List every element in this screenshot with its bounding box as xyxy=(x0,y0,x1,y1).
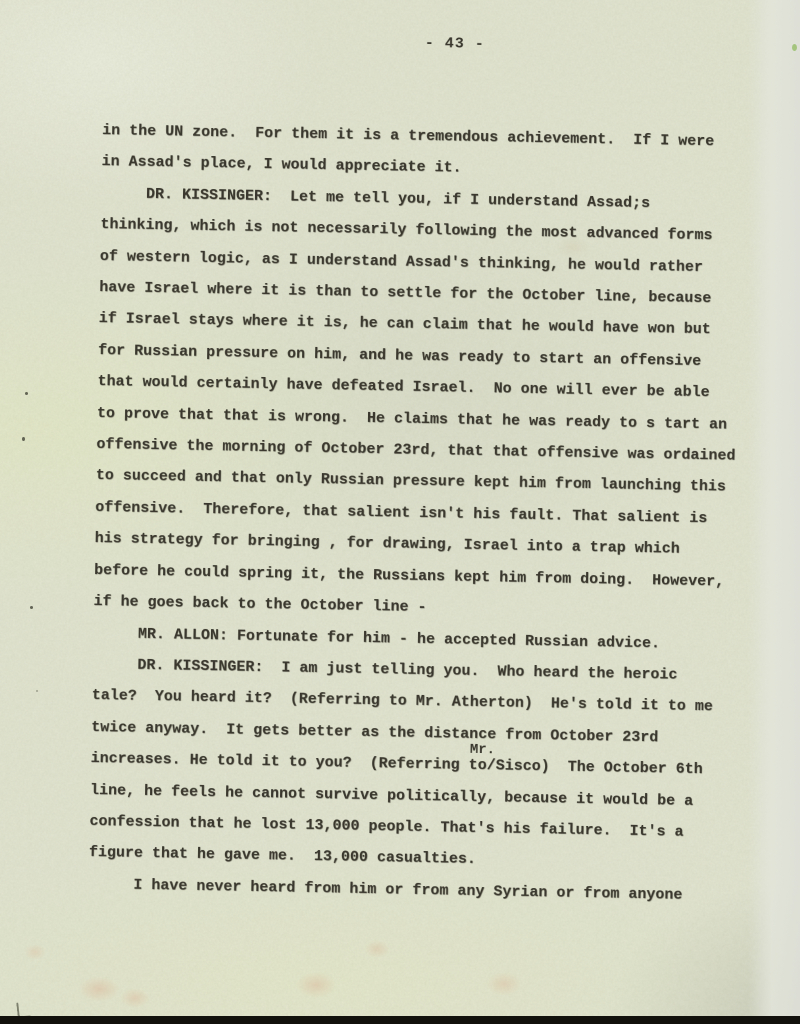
page-number: - 43 - xyxy=(425,36,485,53)
typewritten-content: - 43 - in the UN zone. For them it is a … xyxy=(87,30,784,962)
green-speck xyxy=(792,44,797,51)
stain xyxy=(78,976,120,1002)
transcript-text: in the UN zone. For them it is a tremend… xyxy=(88,115,778,912)
stain xyxy=(296,972,336,998)
scanned-document-page: - 43 - in the UN zone. For them it is a … xyxy=(0,0,800,1024)
speck xyxy=(36,690,38,692)
scan-edge-bottom-bar xyxy=(0,1016,800,1024)
speck xyxy=(22,437,25,441)
speck xyxy=(25,392,28,395)
typed-insertion-mr: Mr. xyxy=(470,743,495,757)
stain xyxy=(120,988,150,1008)
stain xyxy=(486,972,522,996)
speck xyxy=(30,606,33,609)
stain xyxy=(24,944,46,960)
